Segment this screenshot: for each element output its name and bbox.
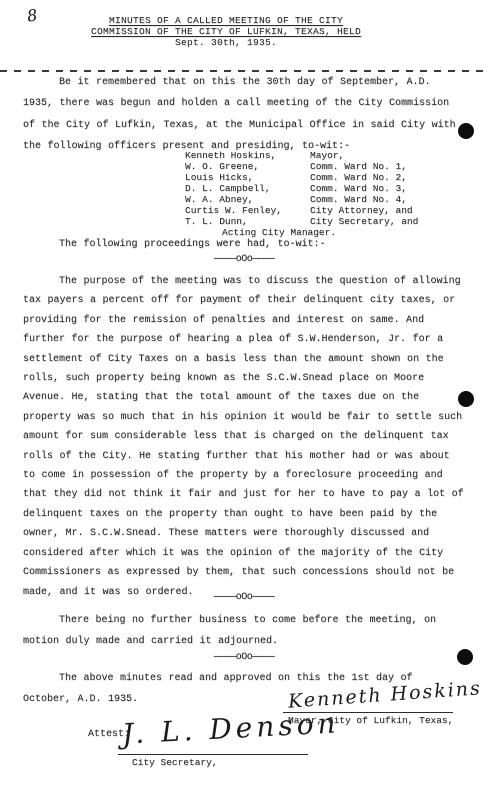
officer-name: Louis Hicks, — [185, 172, 310, 183]
secretary-signature-line — [118, 754, 308, 755]
officer-row: Kenneth Hoskins, Mayor, — [185, 150, 418, 161]
binder-hole-mark — [458, 123, 474, 139]
secretary-signature-label: City Secretary, — [132, 757, 218, 768]
officer-name: T. L. Dunn, — [185, 216, 310, 227]
body-paragraph-1: The purpose of the meeting was to discus… — [23, 272, 467, 602]
document-header: MINUTES OF A CALLED MEETING OF THE CITY … — [0, 15, 452, 48]
officer-title: Comm. Ward No. 2, — [310, 172, 407, 183]
officer-row: W. O. Greene, Comm. Ward No. 1, — [185, 161, 418, 172]
officer-row: W. A. Abney, Comm. Ward No. 4, — [185, 194, 418, 205]
officer-name: W. A. Abney, — [185, 194, 310, 205]
officer-name: W. O. Greene, — [185, 161, 310, 172]
section-divider: ————oOo———— — [0, 652, 488, 663]
section-divider: ————oOo———— — [0, 592, 488, 603]
officer-title: Comm. Ward No. 4, — [310, 194, 407, 205]
officer-title: City Attorney, and — [310, 205, 413, 216]
officer-row: Louis Hicks, Comm. Ward No. 2, — [185, 172, 418, 183]
proceedings-line: The following proceedings were had, to-w… — [23, 234, 467, 255]
officer-name: D. L. Campbell, — [185, 183, 310, 194]
officers-list: Kenneth Hoskins, Mayor, W. O. Greene, Co… — [185, 150, 418, 227]
binder-hole-mark — [457, 649, 473, 665]
officer-name: Kenneth Hoskins, — [185, 150, 310, 161]
officer-name: Curtis W. Fenley, — [185, 205, 310, 216]
officer-title: Comm. Ward No. 3, — [310, 183, 407, 194]
intro-paragraph: Be it remembered that on this the 30th d… — [23, 72, 467, 158]
officer-row: T. L. Dunn, City Secretary, and — [185, 216, 418, 227]
binder-hole-mark — [458, 391, 474, 407]
body-paragraph-2: There being no further business to come … — [23, 610, 467, 652]
header-title-line2: COMMISSION OF THE CITY OF LUFKIN, TEXAS,… — [0, 26, 452, 37]
secretary-signature: J. L. Denson — [121, 706, 340, 750]
header-date: Sept. 30th, 1935. — [0, 37, 452, 48]
officer-row: D. L. Campbell, Comm. Ward No. 3, — [185, 183, 418, 194]
header-title-line1: MINUTES OF A CALLED MEETING OF THE CITY — [0, 15, 452, 26]
officer-title: Comm. Ward No. 1, — [310, 161, 407, 172]
officer-row: Curtis W. Fenley, City Attorney, and — [185, 205, 418, 216]
section-divider: ————oOo———— — [0, 254, 488, 265]
officer-title: City Secretary, and — [310, 216, 418, 227]
officer-title: Mayor, — [310, 150, 344, 161]
scanned-minutes-page: 8 MINUTES OF A CALLED MEETING OF THE CIT… — [0, 0, 488, 800]
